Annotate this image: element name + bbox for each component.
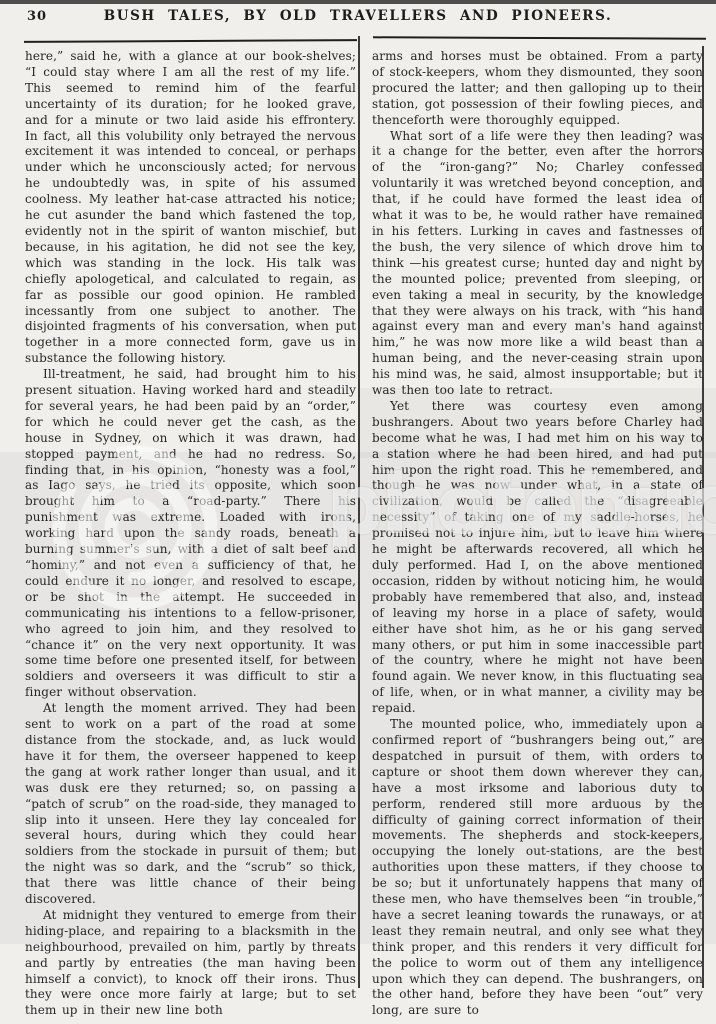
paragraph: At length the moment arrived. They had b… [25, 701, 356, 908]
right-column: arms and horses must be obtained. From a… [372, 49, 703, 1019]
paragraph: At midnight they ventured to emerge from… [25, 908, 356, 1019]
column-divider [358, 36, 360, 988]
running-title: BUSH TALES, BY OLD TRAVELLERS AND PIONEE… [0, 8, 716, 24]
header-rule-left [24, 39, 357, 43]
paragraph: arms and horses must be obtained. From a… [372, 49, 703, 129]
scan-top-edge [0, 0, 716, 4]
left-column: here,” said he, with a glance at our boo… [25, 49, 356, 1019]
book-page: 30 BUSH TALES, BY OLD TRAVELLERS AND PIO… [0, 0, 716, 1024]
paragraph: The mounted police, who, immediately upo… [372, 717, 703, 1019]
paragraph: Yet there was courtesy even among bushra… [372, 399, 703, 717]
paragraph: here,” said he, with a glance at our boo… [25, 49, 356, 367]
header-rule-right [373, 36, 706, 40]
paragraph: Ill-treatment, he said, had brought him … [25, 367, 356, 701]
paragraph: What sort of a life were they then leadi… [372, 129, 703, 399]
